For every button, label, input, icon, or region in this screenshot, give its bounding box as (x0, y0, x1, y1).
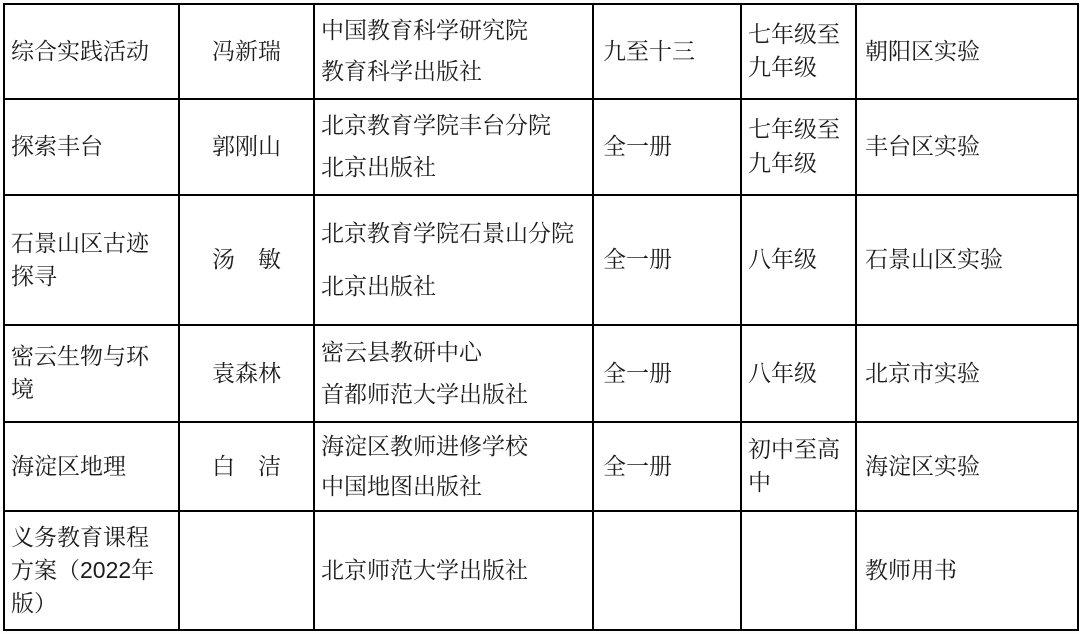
publisher-line-press: 北京出版社 (321, 151, 586, 184)
grade-cell (741, 511, 856, 630)
table-row: 海淀区地理白 洁海淀区教师进修学校中国地图出版社全一册初中至高中海淀区实验 (4, 422, 1078, 511)
publisher-lines: 密云县教研中心首都师范大学出版社 (321, 327, 586, 420)
course-title-cell: 石景山区古迹探寻 (4, 195, 179, 325)
publisher-cell: 北京教育学院石景山分院北京出版社 (314, 195, 593, 325)
scope-cell: 石景山区实验 (856, 195, 1078, 325)
publisher-line-org: 中国教育科学研究院 (321, 14, 586, 47)
volume-cell: 全一册 (593, 195, 741, 325)
grade-cell: 八年级 (741, 195, 856, 325)
author-cell: 白 洁 (179, 422, 314, 511)
grade-cell: 七年级至九年级 (741, 4, 856, 99)
course-title-cell: 海淀区地理 (4, 422, 179, 511)
scope-cell: 北京市实验 (856, 325, 1078, 422)
course-title-cell: 义务教育课程方案（2022年版） (4, 511, 179, 630)
publisher-line-press: 首都师范大学出版社 (321, 378, 586, 411)
volume-cell: 全一册 (593, 99, 741, 196)
publisher-cell: 海淀区教师进修学校中国地图出版社 (314, 422, 593, 511)
publisher-line-org: 海淀区教师进修学校 (321, 430, 586, 463)
publisher-line-press: 教育科学出版社 (321, 55, 586, 88)
scope-cell: 朝阳区实验 (856, 4, 1078, 99)
textbook-table: 综合实践活动冯新瑞中国教育科学研究院教育科学出版社九至十三七年级至九年级朝阳区实… (3, 3, 1079, 631)
scope-cell: 丰台区实验 (856, 99, 1078, 196)
publisher-line-org: 北京师范大学出版社 (321, 554, 586, 587)
course-title-cell: 探索丰台 (4, 99, 179, 196)
volume-cell: 全一册 (593, 422, 741, 511)
author-cell: 汤 敏 (179, 195, 314, 325)
grade-cell: 七年级至九年级 (741, 99, 856, 196)
grade-cell: 八年级 (741, 325, 856, 422)
publisher-line-org: 密云县教研中心 (321, 336, 586, 369)
course-title-cell: 密云生物与环境 (4, 325, 179, 422)
publisher-line-press: 北京出版社 (321, 270, 586, 303)
publisher-cell: 密云县教研中心首都师范大学出版社 (314, 325, 593, 422)
publisher-line-press: 中国地图出版社 (321, 470, 586, 503)
scope-cell: 教师用书 (856, 511, 1078, 630)
volume-cell: 全一册 (593, 325, 741, 422)
table-row: 义务教育课程方案（2022年版）北京师范大学出版社教师用书 (4, 511, 1078, 630)
publisher-lines: 海淀区教师进修学校中国地图出版社 (321, 423, 586, 509)
publisher-cell: 北京师范大学出版社 (314, 511, 593, 630)
author-cell: 袁森林 (179, 325, 314, 422)
publisher-cell: 北京教育学院丰台分院北京出版社 (314, 99, 593, 196)
table-row: 探索丰台郭刚山北京教育学院丰台分院北京出版社全一册七年级至九年级丰台区实验 (4, 99, 1078, 196)
table-row: 石景山区古迹探寻汤 敏北京教育学院石景山分院北京出版社全一册八年级石景山区实验 (4, 195, 1078, 325)
author-cell: 冯新瑞 (179, 4, 314, 99)
publisher-lines: 北京师范大学出版社 (321, 513, 586, 628)
volume-cell (593, 511, 741, 630)
course-title-cell: 综合实践活动 (4, 4, 179, 99)
publisher-line-org: 北京教育学院石景山分院 (321, 217, 586, 250)
author-cell: 郭刚山 (179, 99, 314, 196)
publisher-lines: 北京教育学院丰台分院北京出版社 (321, 100, 586, 193)
author-cell (179, 511, 314, 630)
table-row: 密云生物与环境袁森林密云县教研中心首都师范大学出版社全一册八年级北京市实验 (4, 325, 1078, 422)
publisher-line-org: 北京教育学院丰台分院 (321, 109, 586, 142)
volume-cell: 九至十三 (593, 4, 741, 99)
grade-cell: 初中至高中 (741, 422, 856, 511)
table-body: 综合实践活动冯新瑞中国教育科学研究院教育科学出版社九至十三七年级至九年级朝阳区实… (4, 4, 1078, 630)
document-page: 综合实践活动冯新瑞中国教育科学研究院教育科学出版社九至十三七年级至九年级朝阳区实… (0, 0, 1080, 634)
publisher-lines: 中国教育科学研究院教育科学出版社 (321, 6, 586, 97)
table-row: 综合实践活动冯新瑞中国教育科学研究院教育科学出版社九至十三七年级至九年级朝阳区实… (4, 4, 1078, 99)
scope-cell: 海淀区实验 (856, 422, 1078, 511)
publisher-cell: 中国教育科学研究院教育科学出版社 (314, 4, 593, 99)
publisher-lines: 北京教育学院石景山分院北京出版社 (321, 197, 586, 323)
